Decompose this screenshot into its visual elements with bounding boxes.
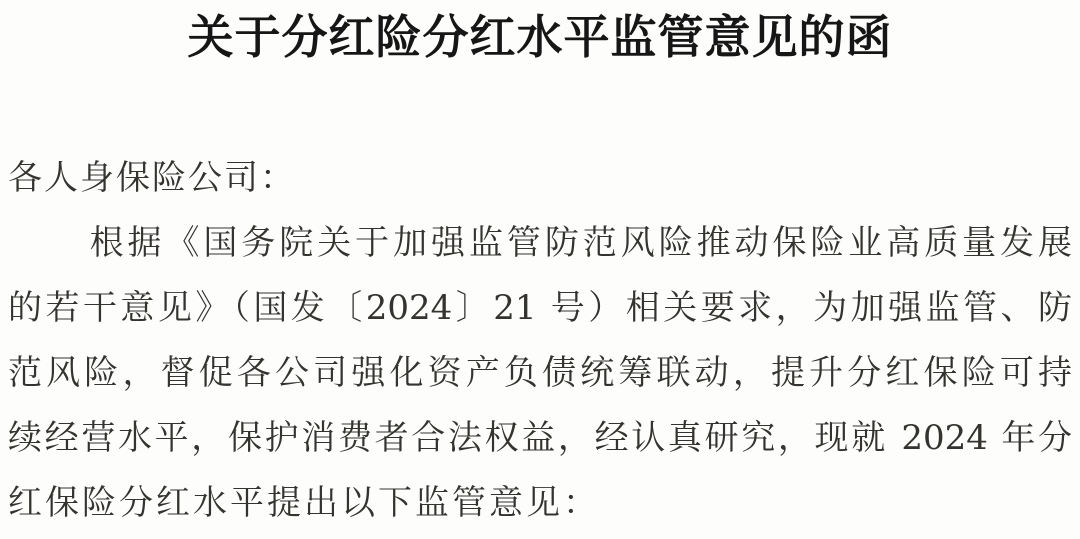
paragraph-line: 根据《国务院关于加强监管防范风险推动保险业高质量发展 xyxy=(8,211,1072,276)
salutation-line: 各人身保险公司： xyxy=(8,146,1072,211)
paragraph-line: 的若干意见》（国发〔2024〕21 号）相关要求，为加强监管、防 xyxy=(8,276,1072,341)
paragraph-line: 红保险分红水平提出以下监管意见： xyxy=(8,471,1072,536)
document-page: 关于分红险分红水平监管意见的函 各人身保险公司： 根据《国务院关于加强监管防范风… xyxy=(0,8,1080,539)
paragraph-line: 续经营水平，保护消费者合法权益，经认真研究，现就 2024 年分 xyxy=(8,406,1072,471)
document-title: 关于分红险分红水平监管意见的函 xyxy=(8,8,1072,66)
document-body: 各人身保险公司： 根据《国务院关于加强监管防范风险推动保险业高质量发展 的若干意… xyxy=(8,146,1072,536)
paragraph-line: 范风险，督促各公司强化资产负债统筹联动，提升分红保险可持 xyxy=(8,341,1072,406)
